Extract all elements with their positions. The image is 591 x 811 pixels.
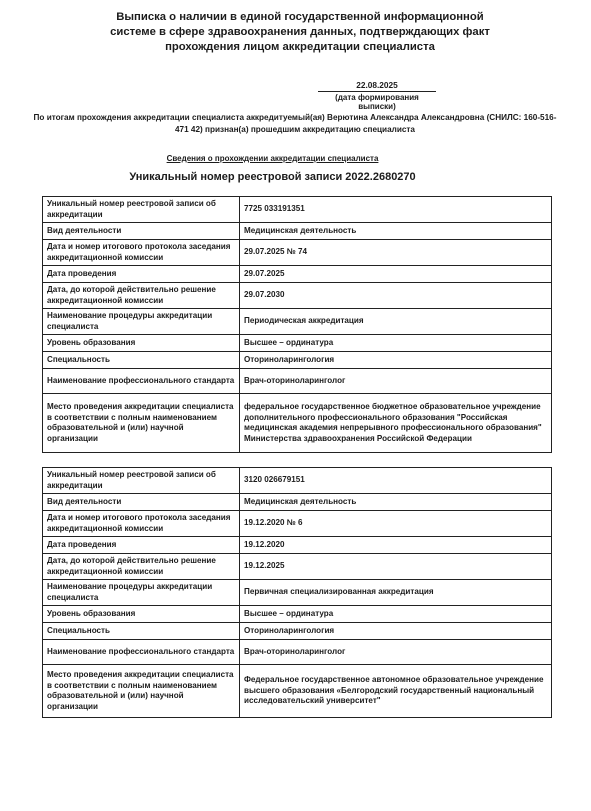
table-row: Место проведения аккредитации специалист…	[43, 394, 552, 453]
accreditation-record-table-1: Уникальный номер реестровой записи об ак…	[42, 196, 552, 453]
table-row: Наименование профессионального стандарта…	[43, 640, 552, 665]
row-label: Уровень образования	[43, 335, 240, 352]
table-row: Дата проведения29.07.2025	[43, 266, 552, 283]
row-label: Специальность	[43, 623, 240, 640]
row-label: Место проведения аккредитации специалист…	[43, 665, 240, 718]
row-label: Дата проведения	[43, 266, 240, 283]
row-value: Врач-оториноларинголог	[240, 640, 552, 665]
formation-date: 22.08.2025	[318, 80, 436, 92]
row-label: Наименование профессионального стандарта	[43, 369, 240, 394]
row-label: Наименование процедуры аккредитации спец…	[43, 580, 240, 606]
row-label: Дата, до которой действительно решение а…	[43, 554, 240, 580]
title-line: прохождения лицом аккредитации специалис…	[100, 40, 500, 55]
table-row: Вид деятельностиМедицинская деятельность	[43, 494, 552, 511]
row-value: 3120 026679151	[240, 468, 552, 494]
row-label: Вид деятельности	[43, 223, 240, 240]
table-row: Наименование профессионального стандарта…	[43, 369, 552, 394]
formation-date-block: 22.08.2025 (дата формирования выписки)	[318, 80, 436, 111]
row-label: Специальность	[43, 352, 240, 369]
row-label: Дата и номер итогового протокола заседан…	[43, 240, 240, 266]
table-row: Дата и номер итогового протокола заседан…	[43, 511, 552, 537]
row-value: 19.12.2020	[240, 537, 552, 554]
row-label: Место проведения аккредитации специалист…	[43, 394, 240, 453]
document-title: Выписка о наличии в единой государственн…	[100, 10, 500, 55]
table-row: Уровень образованияВысшее – ординатура	[43, 606, 552, 623]
row-label: Уникальный номер реестровой записи об ак…	[43, 197, 240, 223]
table-row: Уровень образованияВысшее – ординатура	[43, 335, 552, 352]
row-value: Медицинская деятельность	[240, 494, 552, 511]
row-value: 29.07.2030	[240, 283, 552, 309]
table-row: СпециальностьОториноларингология	[43, 623, 552, 640]
row-value: 7725 033191351	[240, 197, 552, 223]
section-heading: Сведения о прохождении аккредитации спец…	[100, 154, 445, 163]
row-value: федеральное государственное бюджетное об…	[240, 394, 552, 453]
table-row: Место проведения аккредитации специалист…	[43, 665, 552, 718]
registry-heading: Уникальный номер реестровой записи 2022.…	[100, 171, 445, 183]
row-label: Дата и номер итогового протокола заседан…	[43, 511, 240, 537]
table-row: Наименование процедуры аккредитации спец…	[43, 309, 552, 335]
row-value: 19.12.2025	[240, 554, 552, 580]
row-label: Вид деятельности	[43, 494, 240, 511]
table-row: Дата проведения19.12.2020	[43, 537, 552, 554]
row-label: Уровень образования	[43, 606, 240, 623]
row-value: Периодическая аккредитация	[240, 309, 552, 335]
row-value: Первичная специализированная аккредитаци…	[240, 580, 552, 606]
intro-text: По итогам прохождения аккредитации специ…	[30, 112, 560, 136]
table-row: Вид деятельностиМедицинская деятельность	[43, 223, 552, 240]
row-value: 19.12.2020 № 6	[240, 511, 552, 537]
table-row: Уникальный номер реестровой записи об ак…	[43, 468, 552, 494]
table-row: Наименование процедуры аккредитации спец…	[43, 580, 552, 606]
row-value: Медицинская деятельность	[240, 223, 552, 240]
row-label: Наименование профессионального стандарта	[43, 640, 240, 665]
table-row: Дата, до которой действительно решение а…	[43, 283, 552, 309]
row-value: Оториноларингология	[240, 623, 552, 640]
formation-date-caption: (дата формирования выписки)	[318, 93, 436, 111]
row-value: Высшее – ординатура	[240, 335, 552, 352]
row-label: Уникальный номер реестровой записи об ак…	[43, 468, 240, 494]
row-label: Дата, до которой действительно решение а…	[43, 283, 240, 309]
row-value: 29.07.2025 № 74	[240, 240, 552, 266]
row-value: 29.07.2025	[240, 266, 552, 283]
table-row: Уникальный номер реестровой записи об ак…	[43, 197, 552, 223]
table-row: СпециальностьОториноларингология	[43, 352, 552, 369]
title-line: Выписка о наличии в единой государственн…	[100, 10, 500, 25]
table-row: Дата и номер итогового протокола заседан…	[43, 240, 552, 266]
row-value: Оториноларингология	[240, 352, 552, 369]
row-value: Врач-оториноларинголог	[240, 369, 552, 394]
row-label: Дата проведения	[43, 537, 240, 554]
row-label: Наименование процедуры аккредитации спец…	[43, 309, 240, 335]
row-value: Высшее – ординатура	[240, 606, 552, 623]
title-line: системе в сфере здравоохранения данных, …	[100, 25, 500, 40]
row-value: Федеральное государственное автономное о…	[240, 665, 552, 718]
accreditation-record-table-2: Уникальный номер реестровой записи об ак…	[42, 467, 552, 718]
table-row: Дата, до которой действительно решение а…	[43, 554, 552, 580]
